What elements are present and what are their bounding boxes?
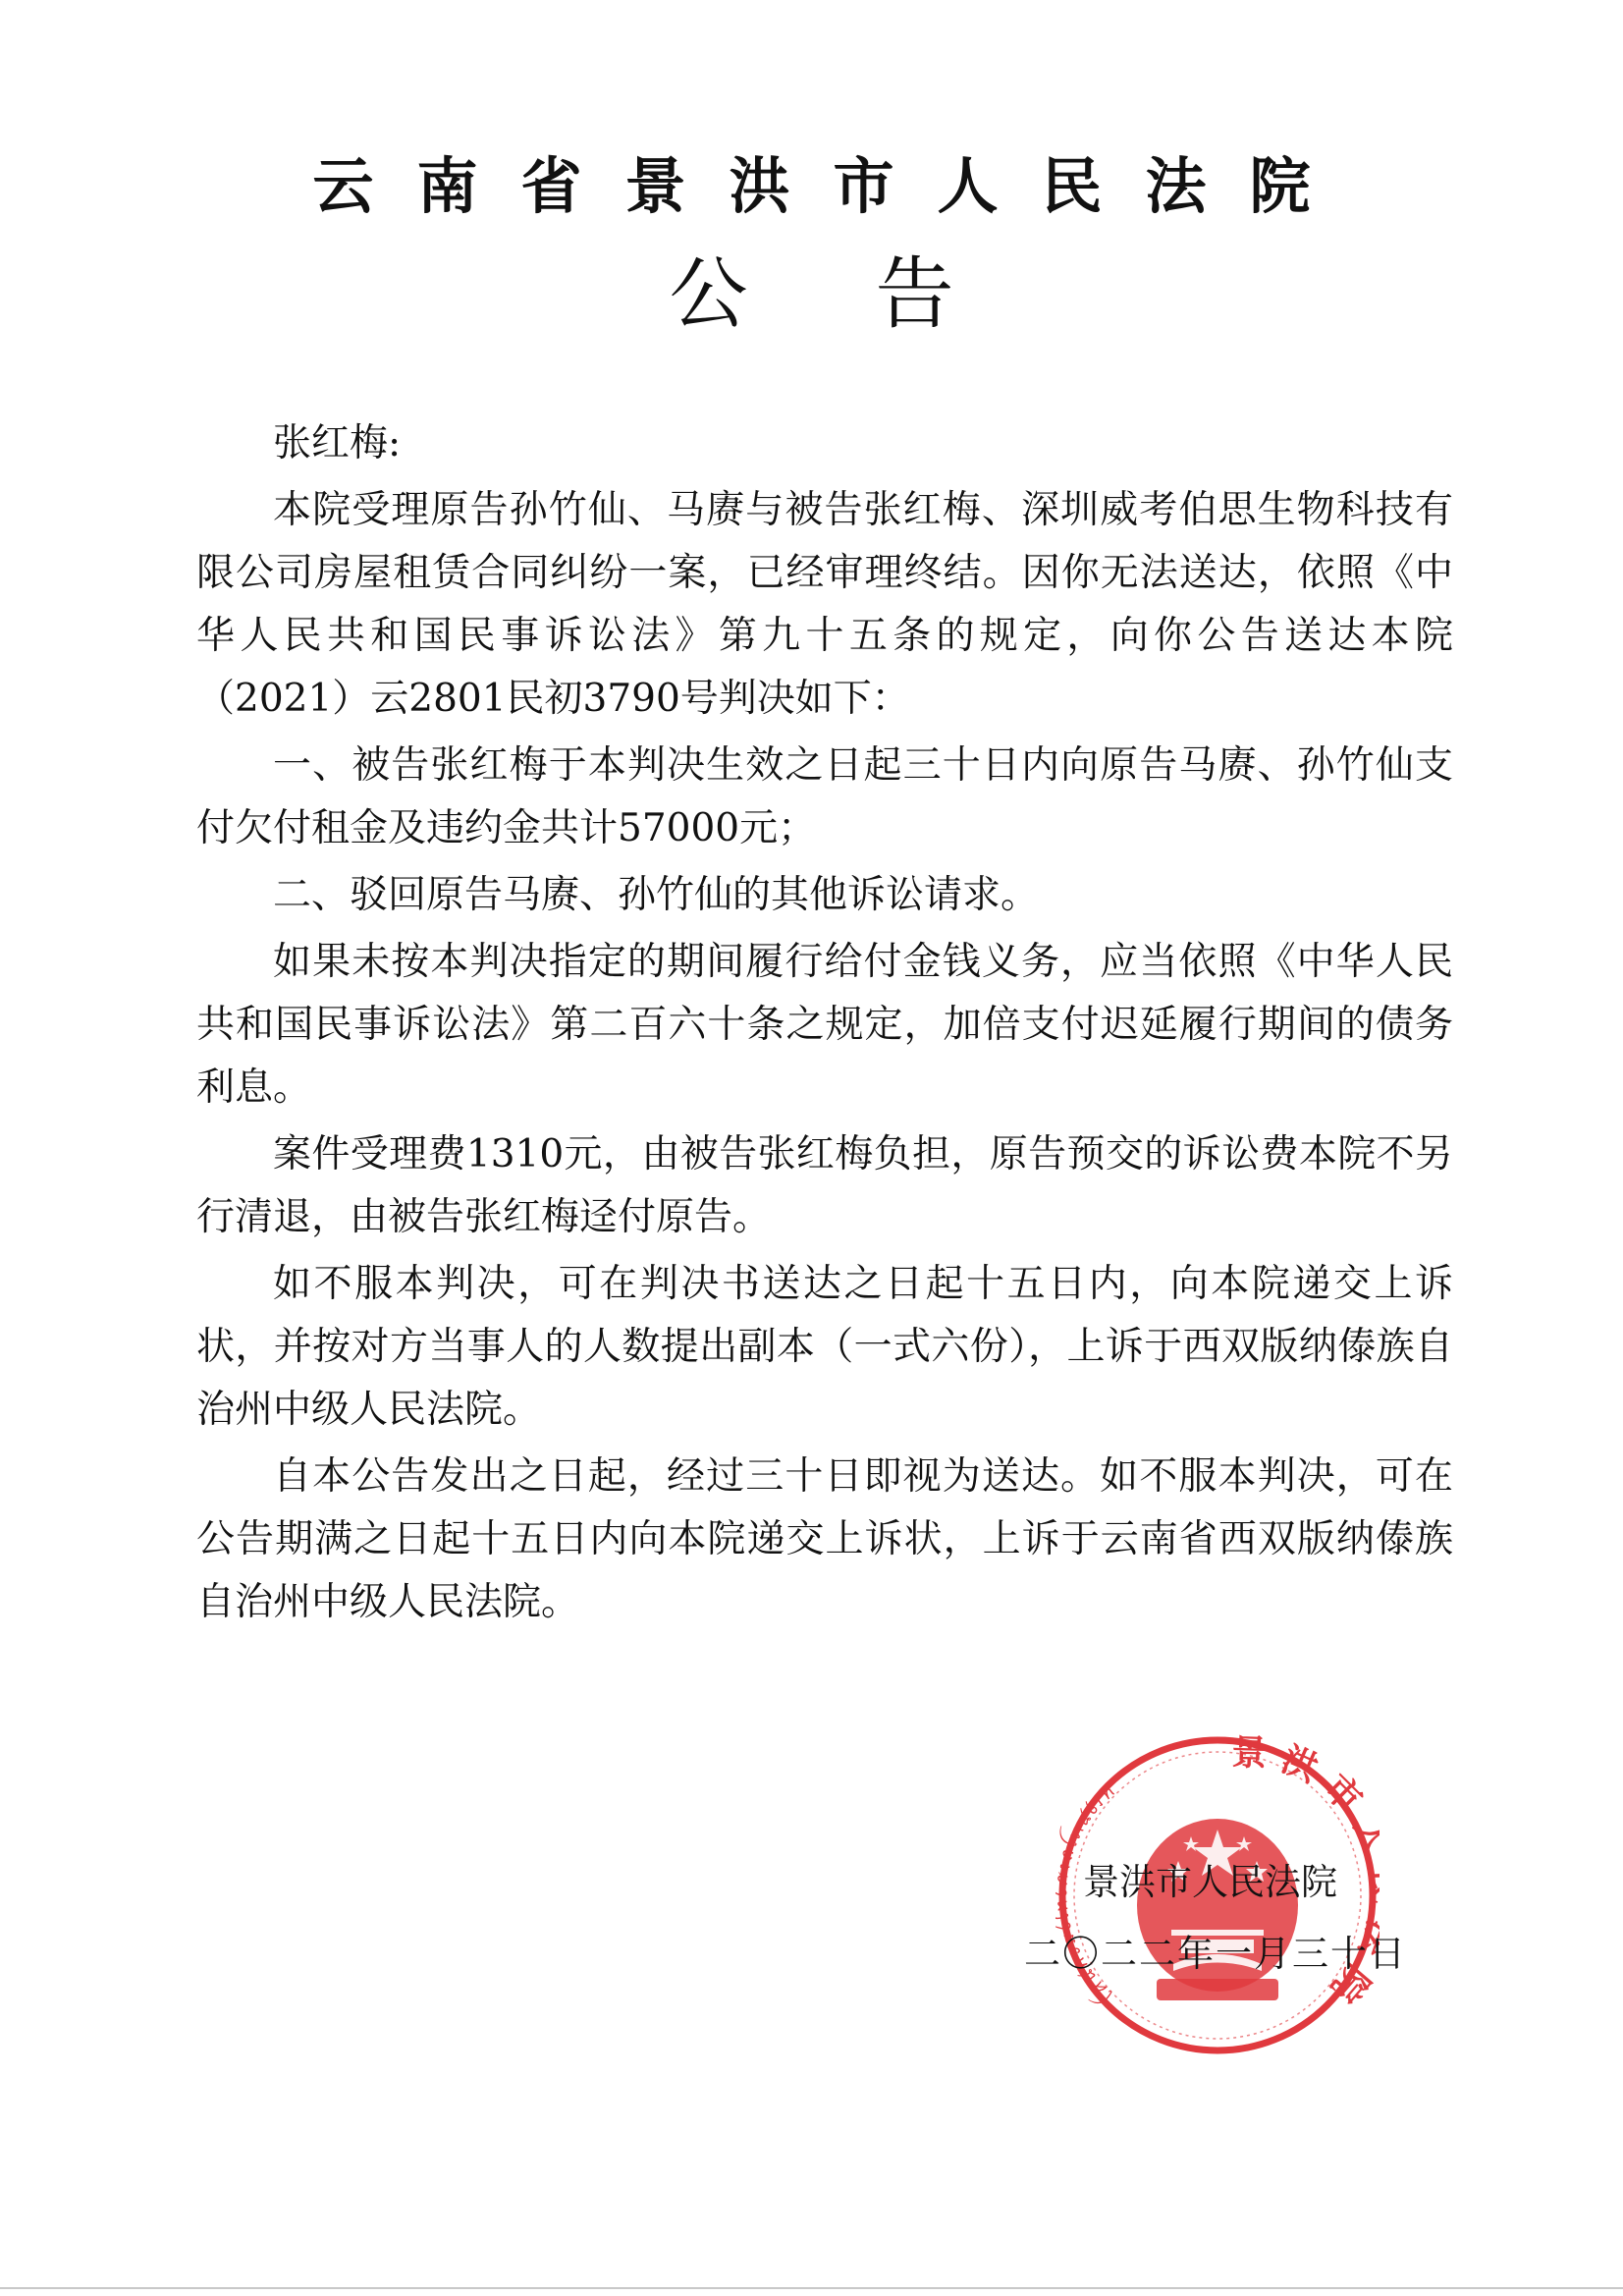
paragraph-appeal-rights: 如不服本判决，可在判决书送达之日起十五日内，向本院递交上诉状，并按对方当事人的人… bbox=[196, 1253, 1453, 1442]
paragraph-service-by-notice: 自本公告发出之日起，经过三十日即视为送达。如不服本判决，可在公告期满之日起十五日… bbox=[196, 1446, 1453, 1634]
page-bottom-edge bbox=[0, 2287, 1623, 2289]
paragraph-judgment-item-2: 二、驳回原告马赓、孙竹仙的其他诉讼请求。 bbox=[196, 864, 1453, 927]
document-type-heading: 公告 bbox=[0, 241, 1623, 349]
court-name-heading: 云南省景洪市人民法院 bbox=[0, 147, 1623, 226]
paragraph-judgment-item-1: 一、被告张红梅于本判决生效之日起三十日内向原告马赓、孙竹仙支付欠付租金及违约金共… bbox=[196, 735, 1453, 860]
addressee: 张红梅: bbox=[196, 412, 1453, 475]
signature-court-name: 景洪市人民法院 bbox=[1083, 1861, 1337, 1904]
notice-body: 张红梅: 本院受理原告孙竹仙、马赓与被告张红梅、深圳威考伯思生物科技有限公司房屋… bbox=[196, 412, 1453, 1638]
paragraph-case-fee: 案件受理费1310元，由被告张红梅负担，原告预交的诉讼费本院不另行清退，由被告张… bbox=[196, 1123, 1453, 1249]
paragraph-late-interest: 如果未按本判决指定的期间履行给付金钱义务，应当依照《中华人民共和国民事诉讼法》第… bbox=[196, 931, 1453, 1120]
paragraph-case-intro: 本院受理原告孙竹仙、马赓与被告张红梅、深圳威考伯思生物科技有限公司房屋租赁合同纠… bbox=[196, 479, 1453, 731]
signature-date: 二〇二二年一月三十日 bbox=[1024, 1933, 1407, 1976]
